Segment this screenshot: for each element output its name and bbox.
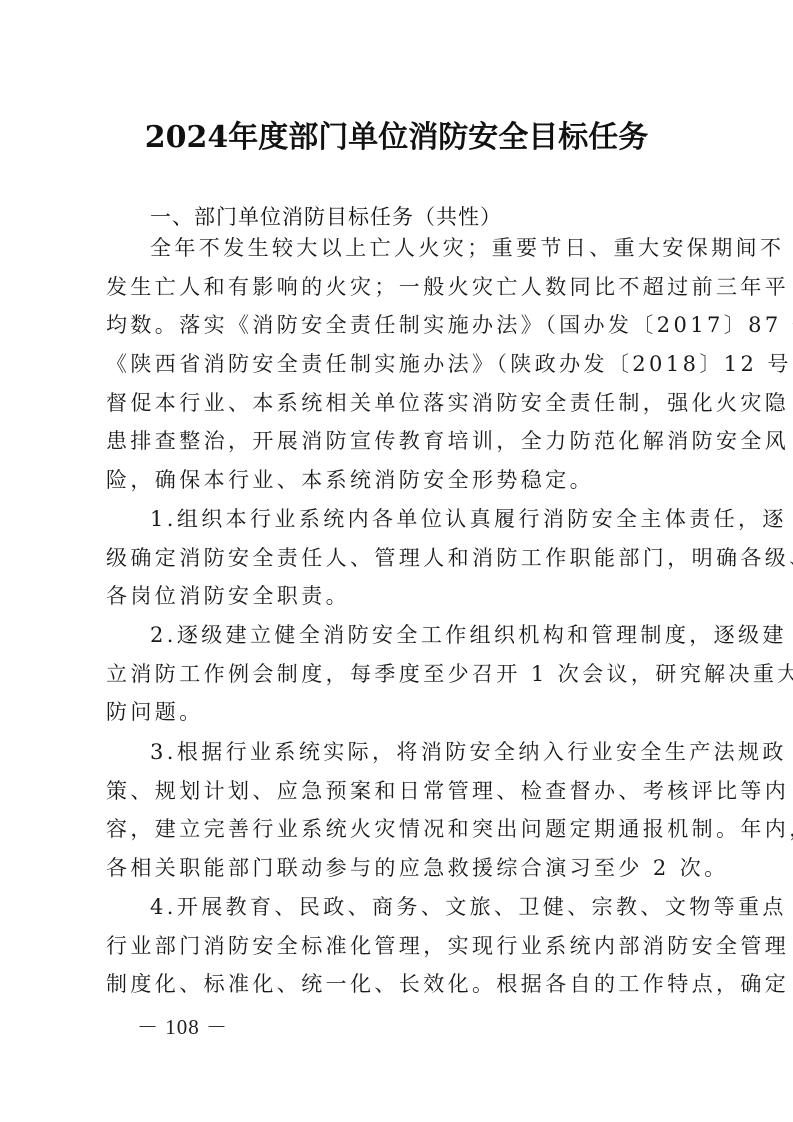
paragraph-line: 行业部门消防安全标准化管理，实现行业系统内部消防安全管理 [106,927,709,966]
page-number: － 108 － [137,1011,228,1041]
document-title: 2024年度部门单位消防安全目标任务 [0,112,793,156]
paragraph-line: 各岗位消防安全职责。 [106,577,709,616]
paragraph-item-4: 4.开展教育、民政、商务、文旅、卫健、宗教、文物等重点 行业部门消防安全标准化管… [106,888,709,1004]
paragraph-item-2: 2.逐级建立健全消防安全工作组织机构和管理制度，逐级建 立消防工作例会制度，每季… [106,616,709,732]
paragraph-item-3: 3.根据行业系统实际，将消防安全纳入行业安全生产法规政 策、规划计划、应急预案和… [106,733,709,888]
section-heading: 一、部门单位消防目标任务（共性） [150,201,502,231]
paragraph-line: 容，建立完善行业系统火灾情况和突出问题定期通报机制。年内， [106,810,709,849]
paragraph-line: 级确定消防安全责任人、管理人和消防工作职能部门，明确各级、 [106,539,709,578]
paragraph-line: 《陕西省消防安全责任制实施办法》（陕政办发〔2018〕12 号）， [106,345,709,384]
paragraph-line: 险，确保本行业、本系统消防安全形势稳定。 [106,461,709,500]
paragraph-line: 全年不发生较大以上亡人火灾；重要节日、重大安保期间不 [106,229,709,268]
document-page: 2024年度部门单位消防安全目标任务 一、部门单位消防目标任务（共性） 全年不发… [0,0,793,1122]
paragraph-general-goals: 全年不发生较大以上亡人火灾；重要节日、重大安保期间不 发生亡人和有影响的火灾；一… [106,229,709,500]
paragraph-line: 督促本行业、本系统相关单位落实消防安全责任制，强化火灾隐 [106,384,709,423]
paragraph-line: 4.开展教育、民政、商务、文旅、卫健、宗教、文物等重点 [106,888,709,927]
paragraph-line: 1.组织本行业系统内各单位认真履行消防安全主体责任，逐 [106,500,709,539]
paragraph-line: 制度化、标准化、统一化、长效化。根据各自的工作特点，确定 [106,965,709,1004]
paragraph-item-1: 1.组织本行业系统内各单位认真履行消防安全主体责任，逐 级确定消防安全责任人、管… [106,500,709,616]
paragraph-line: 各相关职能部门联动参与的应急救援综合演习至少 2 次。 [106,849,709,888]
paragraph-line: 2.逐级建立健全消防安全工作组织机构和管理制度，逐级建 [106,616,709,655]
paragraph-line: 均数。落实《消防安全责任制实施办法》（国办发〔2017〕87 号）、 [106,306,709,345]
paragraph-line: 发生亡人和有影响的火灾；一般火灾亡人数同比不超过前三年平 [106,268,709,307]
paragraph-line: 立消防工作例会制度，每季度至少召开 1 次会议，研究解决重大消 [106,655,709,694]
paragraph-line: 3.根据行业系统实际，将消防安全纳入行业安全生产法规政 [106,733,709,772]
paragraph-line: 策、规划计划、应急预案和日常管理、检查督办、考核评比等内 [106,772,709,811]
paragraph-line: 患排查整治，开展消防宣传教育培训，全力防范化解消防安全风 [106,422,709,461]
paragraph-line: 防问题。 [106,693,709,732]
